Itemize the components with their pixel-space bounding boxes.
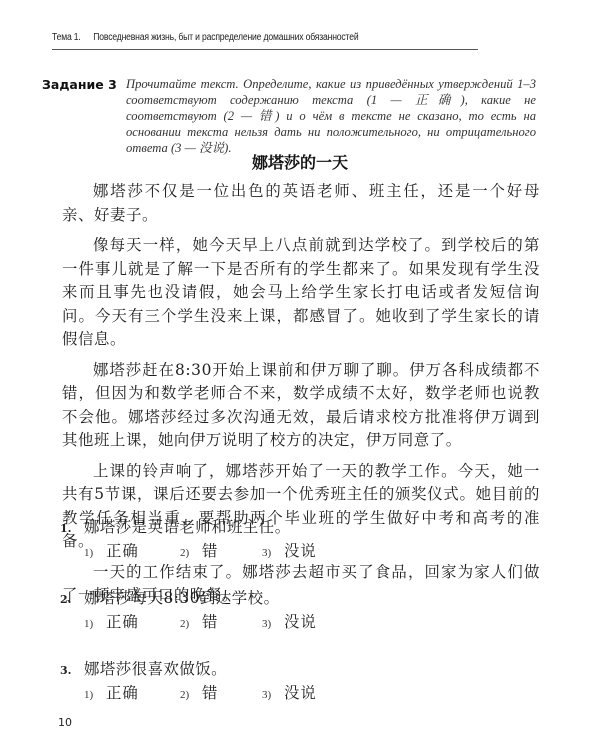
question-item: 3. 娜塔莎很喜欢做饭。 1)正确 2)错 3)没说 (60, 657, 480, 711)
question-item: 1. 娜塔莎是英语老师和班主任。 1)正确 2)错 3)没说 (60, 515, 480, 569)
task-block: Задание 3 Прочитайте текст. Определите, … (42, 76, 542, 156)
option-label: 正确 (106, 539, 139, 561)
task-label: Задание 3 (42, 76, 126, 156)
answer-options: 1)正确 2)错 3)没说 (60, 681, 480, 711)
option-label: 错 (202, 610, 218, 632)
option-correct[interactable]: 1)正确 (84, 610, 180, 632)
paragraph: 娜塔莎赶在8:30开始上课前和伊万聊了聊。伊万各科成绩都不错，但因为和数学老师合… (62, 359, 540, 453)
question-number: 3. (60, 664, 84, 677)
option-number: 2) (180, 689, 202, 701)
story-title: 娜塔莎的一天 (0, 150, 600, 173)
option-not-said[interactable]: 3)没说 (262, 681, 317, 703)
question-list: 1. 娜塔莎是英语老师和班主任。 1)正确 2)错 3)没说 2. 娜塔莎每天8… (60, 515, 480, 728)
option-label: 没说 (284, 610, 317, 632)
option-label: 错 (202, 681, 218, 703)
question-text: 娜塔莎是英语老师和班主任。 (84, 515, 291, 537)
header-rule (52, 49, 478, 50)
paragraph: 像每天一样，她今天早上八点前就到达学校了。到学校后的第一件事儿就是了解一下是否所… (62, 234, 540, 352)
page-number: 10 (58, 716, 72, 729)
option-label: 错 (202, 539, 218, 561)
option-correct[interactable]: 1)正确 (84, 681, 180, 703)
option-wrong[interactable]: 2)错 (180, 610, 262, 632)
answer-options: 1)正确 2)错 3)没说 (60, 539, 480, 569)
option-number: 3) (262, 689, 284, 701)
question-number: 2. (60, 593, 84, 606)
option-not-said[interactable]: 3)没说 (262, 610, 317, 632)
question-text: 娜塔莎每天8:30到达学校。 (84, 586, 279, 608)
question-item: 2. 娜塔莎每天8:30到达学校。 1)正确 2)错 3)没说 (60, 586, 480, 640)
option-label: 没说 (284, 539, 317, 561)
option-number: 3) (262, 618, 284, 630)
topic-number: Тема 1. (52, 32, 93, 43)
answer-options: 1)正确 2)错 3)没说 (60, 610, 480, 640)
question-text: 娜塔莎很喜欢做饭。 (84, 657, 227, 679)
option-label: 正确 (106, 681, 139, 703)
option-label: 没说 (284, 681, 317, 703)
option-label: 正确 (106, 610, 139, 632)
option-number: 2) (180, 618, 202, 630)
option-number: 1) (84, 689, 106, 701)
option-number: 1) (84, 547, 106, 559)
paragraph: 娜塔莎不仅是一位出色的英语老师、班主任，还是一个好母亲、好妻子。 (62, 180, 540, 227)
topic-title: Повседневная жизнь, быт и распределение … (93, 32, 358, 43)
option-number: 1) (84, 618, 106, 630)
task-instruction: Прочитайте текст. Определите, какие из п… (126, 76, 536, 156)
option-not-said[interactable]: 3)没说 (262, 539, 317, 561)
option-wrong[interactable]: 2)错 (180, 681, 262, 703)
option-wrong[interactable]: 2)错 (180, 539, 262, 561)
option-correct[interactable]: 1)正确 (84, 539, 180, 561)
running-header: Тема 1.Повседневная жизнь, быт и распред… (52, 32, 358, 43)
option-number: 2) (180, 547, 202, 559)
option-number: 3) (262, 547, 284, 559)
question-number: 1. (60, 522, 84, 535)
